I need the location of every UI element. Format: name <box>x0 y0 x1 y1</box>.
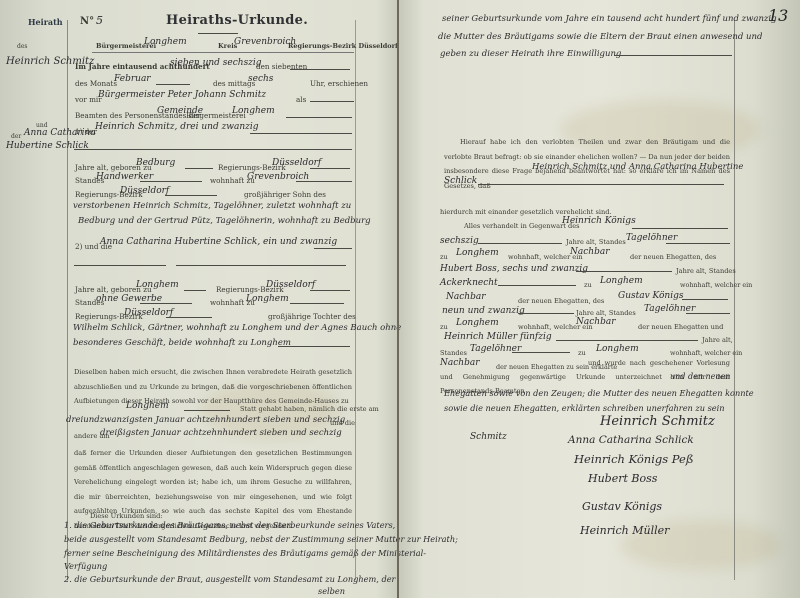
witness-place-label: zu <box>440 323 448 331</box>
groom-parents-line-1: verstorbenen Heinrich Schmitz, Tagelöhne… <box>73 201 351 211</box>
signature-officer: Schmitz <box>470 432 507 442</box>
closing-hand-line: Ehegatten sowie von den Zeugen; die Mutt… <box>444 388 754 398</box>
fill-line <box>290 303 344 304</box>
witness-1-name: Heinrich Königs <box>562 216 636 226</box>
right-rule <box>355 20 356 580</box>
fill-line <box>556 340 698 341</box>
closing-hand-line: und den neuen <box>670 372 730 381</box>
fill-line <box>156 84 190 85</box>
witness-4-age: fünfzig <box>520 332 552 342</box>
documents-line: selben <box>318 586 345 596</box>
documents-line: Verfügung <box>64 561 107 571</box>
married-text: hierdurch mit einander gesetzlich verehe… <box>440 208 612 216</box>
fill-line <box>310 168 350 169</box>
field-value-officer: Bürgermeister Peter Johann Schmitz <box>98 90 266 100</box>
right-page: 13 seiner Geburtsurkunde vom Jahre ein t… <box>400 0 800 598</box>
witness-2-name-age: Hubert Boss, sechs und zwanzig <box>440 264 588 274</box>
fill-line <box>140 181 202 182</box>
header-rule <box>92 52 354 53</box>
witness-2-relation: Nachbar <box>446 292 486 302</box>
title-underline <box>198 33 238 34</box>
fill-line <box>166 317 212 318</box>
field-value-hour: sechs <box>248 74 273 84</box>
witness-1-relation: Nachbar <box>570 247 610 257</box>
fill-line <box>512 352 570 353</box>
fill-line <box>632 228 728 229</box>
fill-line <box>74 265 166 266</box>
witness-3-place: Longhem <box>456 318 499 328</box>
fill-line <box>286 117 352 118</box>
kreis-value: Grevenbroich <box>234 37 296 47</box>
fill-line <box>518 313 574 314</box>
fill-line <box>478 243 562 244</box>
witness-relation-suffix: der neuen Ehegatten, des <box>518 297 604 305</box>
fill-line <box>478 184 724 185</box>
field-value-bride: Anna Catharina Hubertine Schlick, ein un… <box>100 237 337 247</box>
field-middle: großjähriger Sohn des <box>244 190 326 199</box>
margin-label-der: der <box>11 133 21 140</box>
top-line: die Mutter des Bräutigams sowie die Elte… <box>438 32 762 42</box>
paragraph-text: Dieselben haben mich ersucht, die zwisch… <box>74 368 352 405</box>
fill-line <box>686 313 730 314</box>
buergermeisterei-value: Longhem <box>144 37 187 47</box>
bride-parents-line-2: besonderes Geschäft, beide wohnhaft zu L… <box>73 338 291 348</box>
closing-hand-line: sowie die neuen Ehegatten, erklärten sch… <box>444 403 725 413</box>
fill-line <box>682 299 728 300</box>
fill-line <box>140 303 192 304</box>
fill-line <box>310 101 354 102</box>
fill-line <box>576 271 672 272</box>
witness-4-name: Heinrich Müller <box>444 332 517 342</box>
witness-relation-suffix: der neuen Ehegatten und <box>638 323 723 331</box>
fill-line <box>184 290 206 291</box>
witness-1-place: Longhem <box>456 248 499 258</box>
field-value-groom: Heinrich Schmitz, drei und zwanzig <box>95 122 259 132</box>
field-value-year: sieben und sechszig <box>170 58 262 68</box>
fill-line <box>310 290 350 291</box>
fill-line <box>176 265 346 266</box>
field-suffix: als <box>296 95 306 104</box>
register-spread: Heirath des Heinrich Schmitz und der Ann… <box>0 0 800 598</box>
field-value-groom-birthplace: Bedburg <box>136 158 175 168</box>
fill-line <box>184 410 230 411</box>
banns-second-date: dreißigsten Januar achtzehnhundert siebe… <box>100 428 342 438</box>
groom-parents-line-2: Bedburg und der Gertrud Pütz, Tagelöhner… <box>78 216 371 226</box>
fill-line <box>165 195 217 196</box>
signature-bride: Anna Catharina Schlick <box>568 434 694 446</box>
banns-first-date: dreiundzwanzigsten Januar achtzehnhunder… <box>66 415 345 425</box>
witness-relation-label: wohnhaft, welcher ein <box>680 281 752 289</box>
witness-relation-suffix: der neuen Ehegatten, des <box>630 253 716 261</box>
witness-3-relation: Nachbar <box>576 317 616 327</box>
field-value-month: Februar <box>114 74 151 84</box>
signature-witness: Heinrich Königs Peß <box>574 452 694 466</box>
field-value-office-place: Longhem <box>232 106 275 116</box>
field-value-bride-residence: Longhem <box>246 294 289 304</box>
margin-label-des: des <box>17 43 27 50</box>
top-line: seiner Geburtsurkunde vom Jahre ein taus… <box>442 14 777 24</box>
witness-2-name: Hubert Boss <box>440 264 497 274</box>
witness-place-label: zu <box>584 281 592 289</box>
witness-age-label: Jahre alt, Standes <box>566 238 626 246</box>
signature-groom: Heinrich Schmitz <box>600 414 715 429</box>
field-value-groom-regbez2: Düsseldorf <box>120 186 169 196</box>
fill-line <box>185 168 213 169</box>
bride-parents-line-1: Wilhelm Schlick, Gärtner, wohnhaft zu Lo… <box>73 323 401 333</box>
fill-line <box>666 243 730 244</box>
book-gutter <box>397 0 399 598</box>
witness-1-profession: Tagelöhner <box>626 233 677 243</box>
signature-witness: Gustav Königs <box>582 500 662 513</box>
margin-rule <box>67 20 68 580</box>
witness-4-place: Longhem <box>596 344 639 354</box>
margin-heading: Heirath <box>28 17 63 27</box>
regbez-label: Regierungs-Bezirk Düsseldorf <box>288 42 398 50</box>
witness-4-name-age: Heinrich Müller fünfzig <box>444 332 552 342</box>
left-page: Heirath des Heinrich Schmitz und der Ann… <box>0 0 398 598</box>
couple-names-cont: Schlick <box>444 176 477 186</box>
banns-place: Longhem <box>126 401 169 411</box>
fill-line <box>278 346 350 347</box>
signature-witness: Hubert Boss <box>588 472 657 485</box>
field-value-bride-birthplace: Longhem <box>136 280 179 290</box>
witness-3-name: Gustav Königs <box>618 291 684 301</box>
witness-2-age: sechs und zwanzig <box>503 264 588 274</box>
signature-witness: Heinrich Müller <box>580 524 669 537</box>
field-value-bride-regbez: Düsseldorf <box>266 280 315 290</box>
fill-line <box>74 149 352 150</box>
witness-3-age: neun und zwanzig <box>442 306 525 316</box>
field-label: des Monats <box>75 79 117 88</box>
witness-2-place: Longhem <box>600 276 643 286</box>
field-suffix: Uhr, erschienen <box>310 79 368 88</box>
certificate-number-label: N° <box>80 16 94 27</box>
top-line: geben zu dieser Heirath ihre Einwilligun… <box>440 49 621 59</box>
fill-line <box>314 248 352 249</box>
fill-line <box>296 181 352 182</box>
field-label: 1) der <box>75 127 97 136</box>
documents-line: ferner seine Bescheinigung des Militärdi… <box>64 548 426 558</box>
fill-line <box>290 69 350 70</box>
right-margin-rule <box>734 20 735 580</box>
witness-age-label: Jahre alt, Standes <box>676 267 736 275</box>
fill-line <box>250 133 352 134</box>
fill-line <box>614 55 732 56</box>
documents-line: 2. die Geburtsurkunde der Braut, ausgest… <box>64 574 395 584</box>
field-middle: großjährige Tochter des <box>268 312 356 321</box>
documents-line: 1. die Geburtsurkunde des Bräutigams, ne… <box>64 520 395 530</box>
witness-place-label: zu <box>440 253 448 261</box>
fill-line <box>498 285 576 286</box>
witness-2-profession: Ackerknecht <box>440 278 498 288</box>
witness-age-label: Jahre alt, Standes <box>576 309 636 317</box>
couple-names: Heinrich Schmitz und Anna Catharina Hube… <box>532 162 743 172</box>
paragraph-request: Dieselben haben mich ersucht, die zwisch… <box>74 365 352 409</box>
certificate-number: 5 <box>96 14 103 27</box>
witness-1-age: sechszig <box>440 236 479 246</box>
field-value-groom-regbez: Düsseldorf <box>272 158 321 168</box>
banns-and: und die <box>330 419 355 427</box>
document-title: Heiraths-Urkunde. <box>166 13 308 28</box>
banns-text: Statt gehabt haben, nämlich die erste am <box>240 405 379 413</box>
documents-label: Diese Urkunden sind: <box>90 512 163 520</box>
witness-age-label: Jahre alt, <box>702 336 733 344</box>
